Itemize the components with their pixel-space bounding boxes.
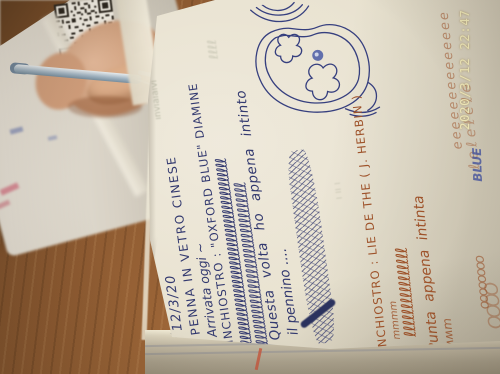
knuckle-shadow: [68, 96, 142, 118]
photo-journal-scene: ıℓℓe am ınvıaıaıvı ℓℓℓℓ ı ıı ı 12/3/20 P…: [0, 0, 500, 374]
camera-timestamp: 2020/3/12 22:47: [459, 10, 472, 130]
bleedthrough-text: ı ıı ı: [333, 181, 345, 200]
brown-scribble-coil: OOOO: [483, 284, 500, 330]
bleedthrough-text: ℓℓℓℓ: [206, 39, 220, 60]
handwriting-ink-line-brown: INCHIOSTRO : LIE DE THE ( J. HERBIN ): [351, 94, 389, 352]
bleedthrough-swatch-label: BLUE: [471, 148, 484, 182]
